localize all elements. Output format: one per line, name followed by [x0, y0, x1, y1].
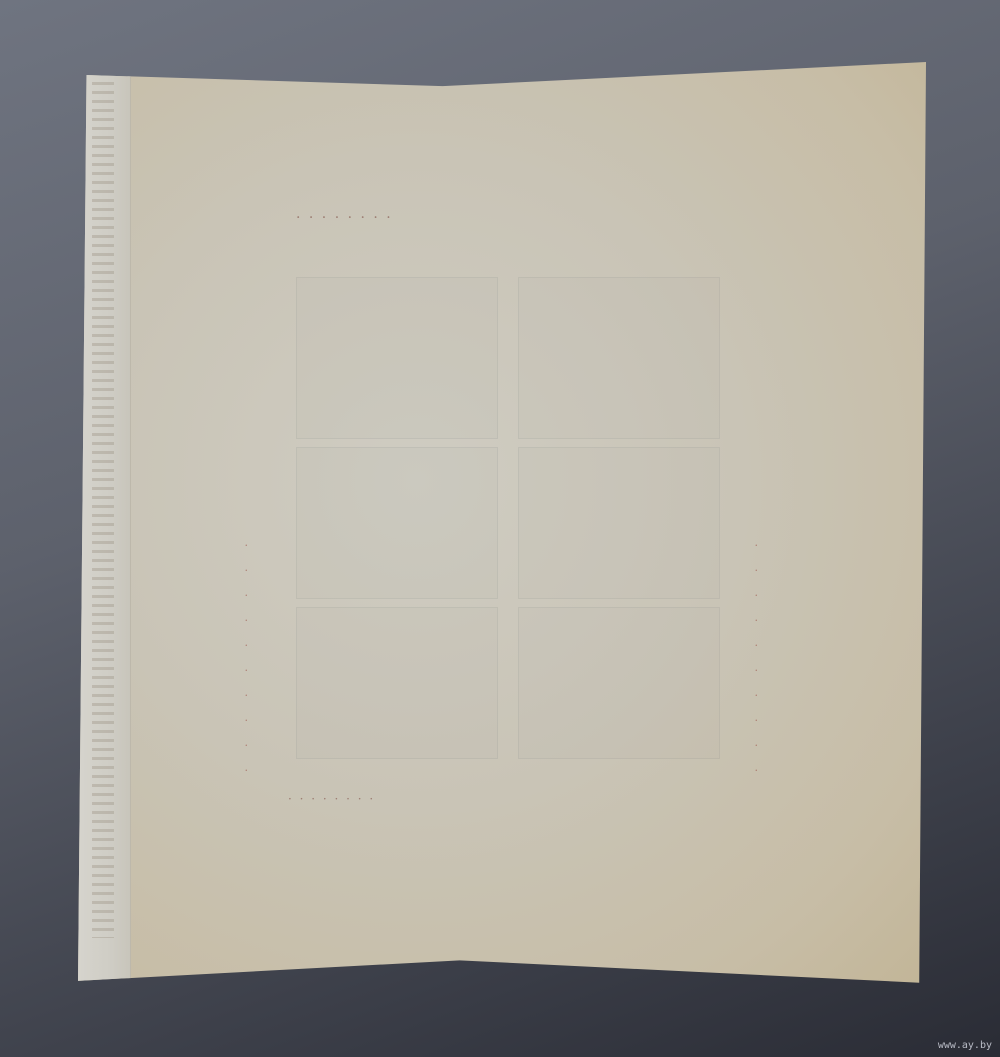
left-margin-text: · · · · · · · · · ·: [240, 312, 253, 772]
sheet-selvage: [78, 62, 131, 992]
right-margin-text: · · · · · · · · · ·: [750, 312, 763, 772]
stamp-ghost-5: [296, 607, 498, 759]
stamp-sheet: · · · · · · · · · · · · · · · · · · · · …: [78, 62, 926, 992]
stamp-ghost-3: [296, 447, 498, 599]
top-inscription: · · · · · · · ·: [296, 210, 393, 226]
stamp-ghost-4: [518, 447, 720, 599]
stamp-ghost-2: [518, 277, 720, 439]
perforation-strip: [92, 82, 114, 938]
watermark: www.ay.by: [938, 1040, 992, 1051]
stamp-ghost-6: [518, 607, 720, 759]
bottom-inscription: · · · · · · · ·: [288, 792, 375, 806]
stamp-ghost-1: [296, 277, 498, 439]
